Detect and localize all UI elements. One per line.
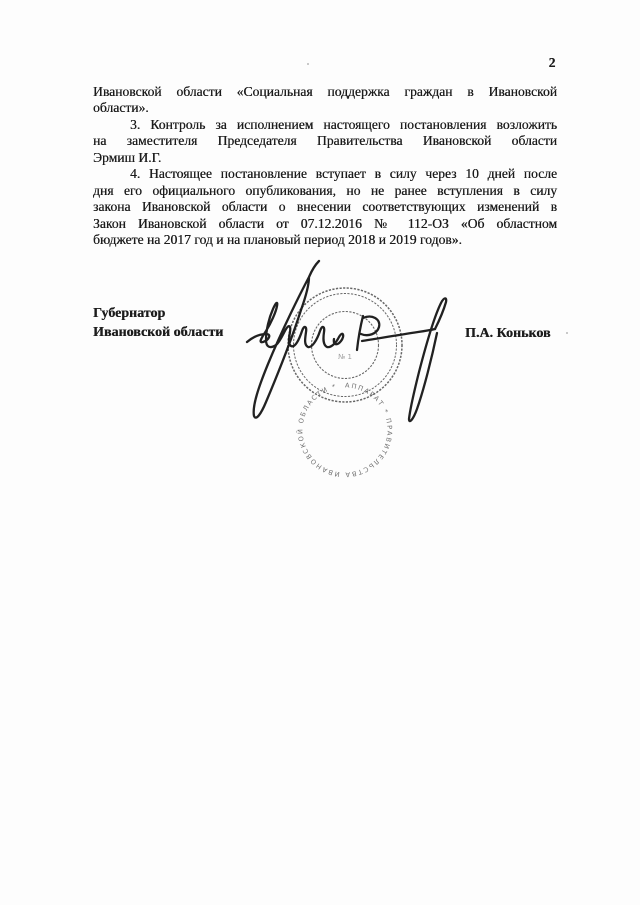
body-text-line: бюджете на 2017 год и на плановый период…	[93, 232, 557, 248]
official-seal-icon	[288, 288, 402, 402]
governor-title-line1: Губернатор	[93, 305, 223, 324]
stamp-ring-text: АППАРАТ * ПРАВИТЕЛЬСТВА ИВАНОВСКОЙ ОБЛАС…	[295, 381, 393, 478]
signature-left-flourish	[254, 261, 319, 418]
scan-speck-dot	[307, 63, 309, 65]
signature-dash	[362, 329, 435, 341]
stamp-center-text: № 1	[338, 353, 352, 361]
handwritten-signature	[247, 261, 446, 421]
body-text-line: Ивановской области «Социальная поддержка…	[93, 84, 557, 100]
stamp-ring-text-path	[302, 388, 387, 473]
signature-right-flourish	[409, 298, 446, 421]
body-text-line: Закон Ивановской области от 07.12.2016 №…	[93, 216, 557, 232]
stamp-inner-circle	[312, 312, 379, 379]
body-text-line: 3. Контроль за исполнением настоящего по…	[93, 117, 557, 133]
stamp-outer-circle	[288, 288, 402, 402]
body-text-line: закона Ивановской области о внесении соо…	[93, 199, 557, 215]
stamp-middle-circle	[294, 294, 397, 397]
scan-speck-dot	[566, 332, 568, 334]
page-number: 2	[540, 55, 564, 71]
body-text-line: 4. Настоящее постановление вступает в си…	[93, 166, 557, 182]
signer-name: П.А. Коньков	[465, 327, 551, 341]
signature-cursive-word	[247, 303, 343, 347]
body-text-line: Эрмиш И.Г.	[93, 150, 557, 166]
stamp-ring-textpath: АППАРАТ * ПРАВИТЕЛЬСТВА ИВАНОВСКОЙ ОБЛАС…	[295, 381, 393, 478]
document-body: Ивановской области «Социальная поддержка…	[93, 84, 557, 249]
governor-title-line2: Ивановской области	[93, 324, 223, 343]
scanned-document-page: 2 Ивановской области «Социальная поддерж…	[0, 0, 640, 905]
body-text-line: на заместителя Председателя Правительств…	[93, 133, 557, 149]
body-text-line: дня его официального опубликования, но н…	[93, 183, 557, 199]
signature-p-glyph	[357, 316, 379, 350]
governor-title: Губернатор Ивановской области	[93, 305, 223, 342]
body-text-line: области».	[93, 100, 557, 116]
